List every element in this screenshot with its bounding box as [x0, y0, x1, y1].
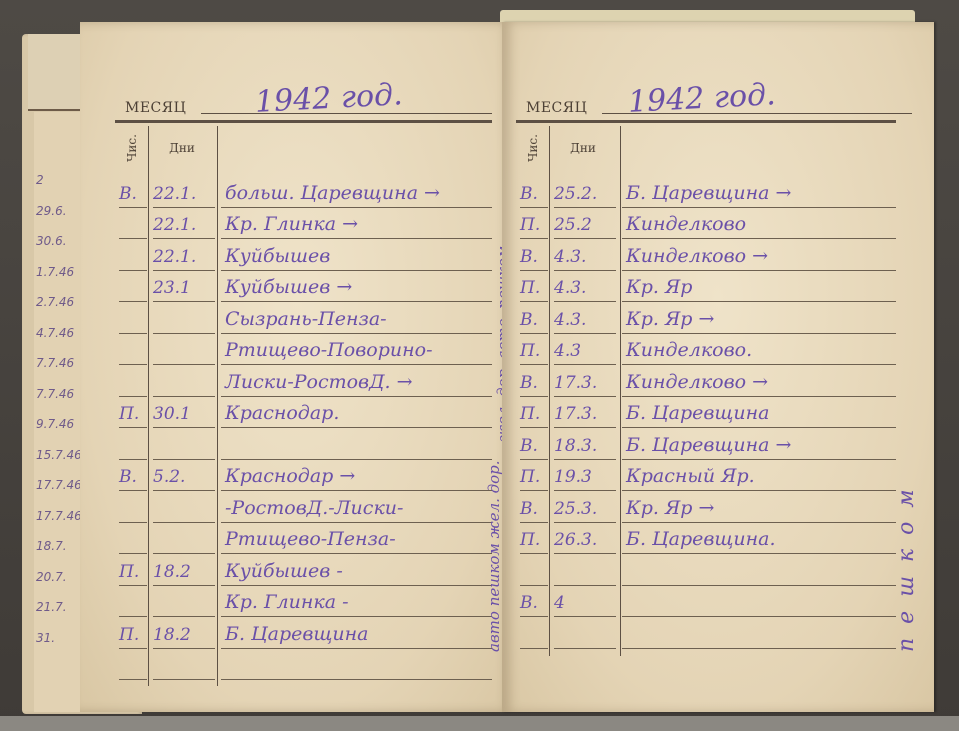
left-rows: В.22.1.больш. Царевщина →22.1.Кр. Глинка… — [115, 176, 492, 680]
log-row: Ртищево-Поворино- — [115, 334, 492, 366]
row-place: больш. Царевщина → — [225, 182, 440, 204]
row-date: 18.2 — [153, 625, 215, 645]
page-top-edge — [500, 10, 915, 22]
log-row: Ртищево-Пенза- — [115, 523, 492, 555]
row-weekday-mark: В. — [520, 373, 550, 393]
row-date: 22.1. — [153, 215, 215, 235]
log-row: Кр. Глинка - — [115, 586, 492, 618]
row-date: 22.1. — [153, 184, 215, 204]
log-row: -РостовД.-Лиски- — [115, 491, 492, 523]
row-place: Кр. Яр — [626, 276, 692, 298]
log-row: В.25.2.Б. Царевщина → — [516, 176, 896, 208]
column-header-day: Дни — [149, 126, 215, 174]
row-weekday-mark: В. — [520, 184, 550, 204]
right-log-table: Чис. Дни В.25.2.Б. Царевщина →П.25.2Кинд… — [516, 126, 896, 656]
log-row: В.4 — [516, 586, 896, 618]
row-weekday-mark: В. — [119, 467, 149, 487]
row-place: Б. Царевщина — [225, 623, 369, 645]
right-page: МЕСЯЦ 1942 год. Чис. Дни В.25.2.Б. Царев… — [502, 22, 934, 712]
left-page-header: МЕСЯЦ 1942 год. — [115, 92, 492, 116]
row-place: Красный Яр. — [626, 465, 755, 487]
row-place: Кр. Глинка - — [225, 591, 349, 613]
row-place: Куйбышев - — [225, 560, 343, 582]
row-place: Краснодар. — [225, 402, 339, 424]
log-row: П.19.3Красный Яр. — [516, 460, 896, 492]
column-header-num-label: Чис. — [526, 131, 540, 165]
row-place: Сызрань-Пенза- — [225, 308, 387, 330]
log-row — [516, 617, 896, 649]
row-date: 22.1. — [153, 247, 215, 267]
log-row: П.18.2Куйбышев - — [115, 554, 492, 586]
log-row: В.22.1.больш. Царевщина → — [115, 176, 492, 208]
column-header-num: Чис. — [516, 126, 548, 174]
row-date: 4.3. — [554, 247, 616, 267]
row-place: Лиски-РостовД. → — [225, 371, 413, 393]
row-weekday-mark: П. — [119, 562, 149, 582]
row-weekday-mark: В. — [520, 436, 550, 456]
right-rows: В.25.2.Б. Царевщина →П.25.2КинделковоВ.4… — [516, 176, 896, 649]
log-row — [115, 428, 492, 460]
header-rule — [115, 120, 492, 123]
row-place: Кр. Яр → — [626, 308, 714, 330]
row-weekday-mark: П. — [119, 404, 149, 424]
column-header-day: Дни — [550, 126, 616, 174]
log-row: 23.1Куйбышев → — [115, 271, 492, 303]
row-weekday-mark: В. — [520, 247, 550, 267]
row-place: Б. Царевщина → — [626, 434, 791, 456]
row-date: 4.3. — [554, 278, 616, 298]
row-rule — [153, 679, 215, 680]
log-row: В.4.3.Кинделково → — [516, 239, 896, 271]
row-place: Б. Царевщина → — [626, 182, 791, 204]
row-place: Кинделково → — [626, 371, 768, 393]
right-page-header: МЕСЯЦ 1942 год. — [516, 92, 912, 116]
log-row: 22.1.Кр. Глинка → — [115, 208, 492, 240]
log-row: П.25.2Кинделково — [516, 208, 896, 240]
row-date: 5.2. — [153, 467, 215, 487]
row-weekday-mark: П. — [520, 341, 550, 361]
row-weekday-mark: П. — [520, 530, 550, 550]
log-row: П.26.3.Б. Царевщина. — [516, 523, 896, 555]
row-weekday-mark: В. — [520, 499, 550, 519]
log-row — [516, 554, 896, 586]
row-rule — [520, 648, 548, 649]
log-row: П.30.1Краснодар. — [115, 397, 492, 429]
row-place: Куйбышев → — [225, 276, 352, 298]
row-date: 4 — [554, 593, 616, 613]
row-date: 18.2 — [153, 562, 215, 582]
log-row: П.17.3.Б. Царевщина — [516, 397, 896, 429]
row-rule — [119, 679, 147, 680]
header-rule — [516, 120, 896, 123]
log-row: В.17.3.Кинделково → — [516, 365, 896, 397]
row-date: 25.2. — [554, 184, 616, 204]
row-weekday-mark: П. — [119, 625, 149, 645]
row-place: Ртищево-Пенза- — [225, 528, 396, 550]
log-row: П.4.3Кинделково. — [516, 334, 896, 366]
log-row: В.5.2.Краснодар → — [115, 460, 492, 492]
column-header-num: Чис. — [115, 126, 147, 174]
log-row: Лиски-РостовД. → — [115, 365, 492, 397]
left-page: МЕСЯЦ 1942 год. Чис. Дни В.22.1.больш. Ц… — [80, 22, 514, 712]
row-weekday-mark: П. — [520, 278, 550, 298]
month-label: МЕСЯЦ — [125, 100, 186, 116]
left-log-table: Чис. Дни В.22.1.больш. Царевщина →22.1.К… — [115, 126, 492, 686]
row-weekday-mark: В. — [520, 310, 550, 330]
log-row: В.18.3.Б. Царевщина → — [516, 428, 896, 460]
log-row: 22.1.Куйбышев — [115, 239, 492, 271]
row-date: 30.1 — [153, 404, 215, 424]
row-place: Кинделково → — [626, 245, 768, 267]
row-rule — [554, 648, 616, 649]
row-place: Б. Царевщина — [626, 402, 770, 424]
row-weekday-mark: В. — [119, 184, 149, 204]
row-place: -РостовД.-Лиски- — [225, 497, 403, 519]
row-date: 4.3. — [554, 310, 616, 330]
row-weekday-mark: П. — [520, 215, 550, 235]
log-row: Сызрань-Пенза- — [115, 302, 492, 334]
row-date: 19.3 — [554, 467, 616, 487]
row-place: Кр. Яр → — [626, 497, 714, 519]
row-place: Кинделково — [626, 213, 746, 235]
log-row: В.4.3.Кр. Яр → — [516, 302, 896, 334]
row-place: Куйбышев — [225, 245, 330, 267]
log-row: П.4.3.Кр. Яр — [516, 271, 896, 303]
row-weekday-mark: П. — [520, 404, 550, 424]
row-date: 25.2 — [554, 215, 616, 235]
margin-note: пешком — [894, 475, 919, 652]
row-place: Б. Царевщина. — [626, 528, 776, 550]
row-place: Краснодар → — [225, 465, 355, 487]
row-rule — [221, 679, 492, 680]
month-label: МЕСЯЦ — [526, 100, 587, 116]
row-weekday-mark: П. — [520, 467, 550, 487]
row-place: Кр. Глинка → — [225, 213, 358, 235]
column-header-num-label: Чис. — [125, 131, 139, 165]
background-surface — [0, 716, 959, 731]
log-row — [115, 649, 492, 681]
log-row: П.18.2Б. Царевщина — [115, 617, 492, 649]
row-rule — [622, 648, 896, 649]
row-date: 23.1 — [153, 278, 215, 298]
row-date: 18.3. — [554, 436, 616, 456]
row-date: 26.3. — [554, 530, 616, 550]
row-date: 17.3. — [554, 373, 616, 393]
row-place: Ртищево-Поворино- — [225, 339, 433, 361]
row-date: 17.3. — [554, 404, 616, 424]
row-weekday-mark: В. — [520, 593, 550, 613]
row-place: Кинделково. — [626, 339, 752, 361]
margin-note: авто пешком жел. дор. — [485, 460, 503, 652]
row-date: 25.3. — [554, 499, 616, 519]
log-row: В.25.3.Кр. Яр → — [516, 491, 896, 523]
row-date: 4.3 — [554, 341, 616, 361]
